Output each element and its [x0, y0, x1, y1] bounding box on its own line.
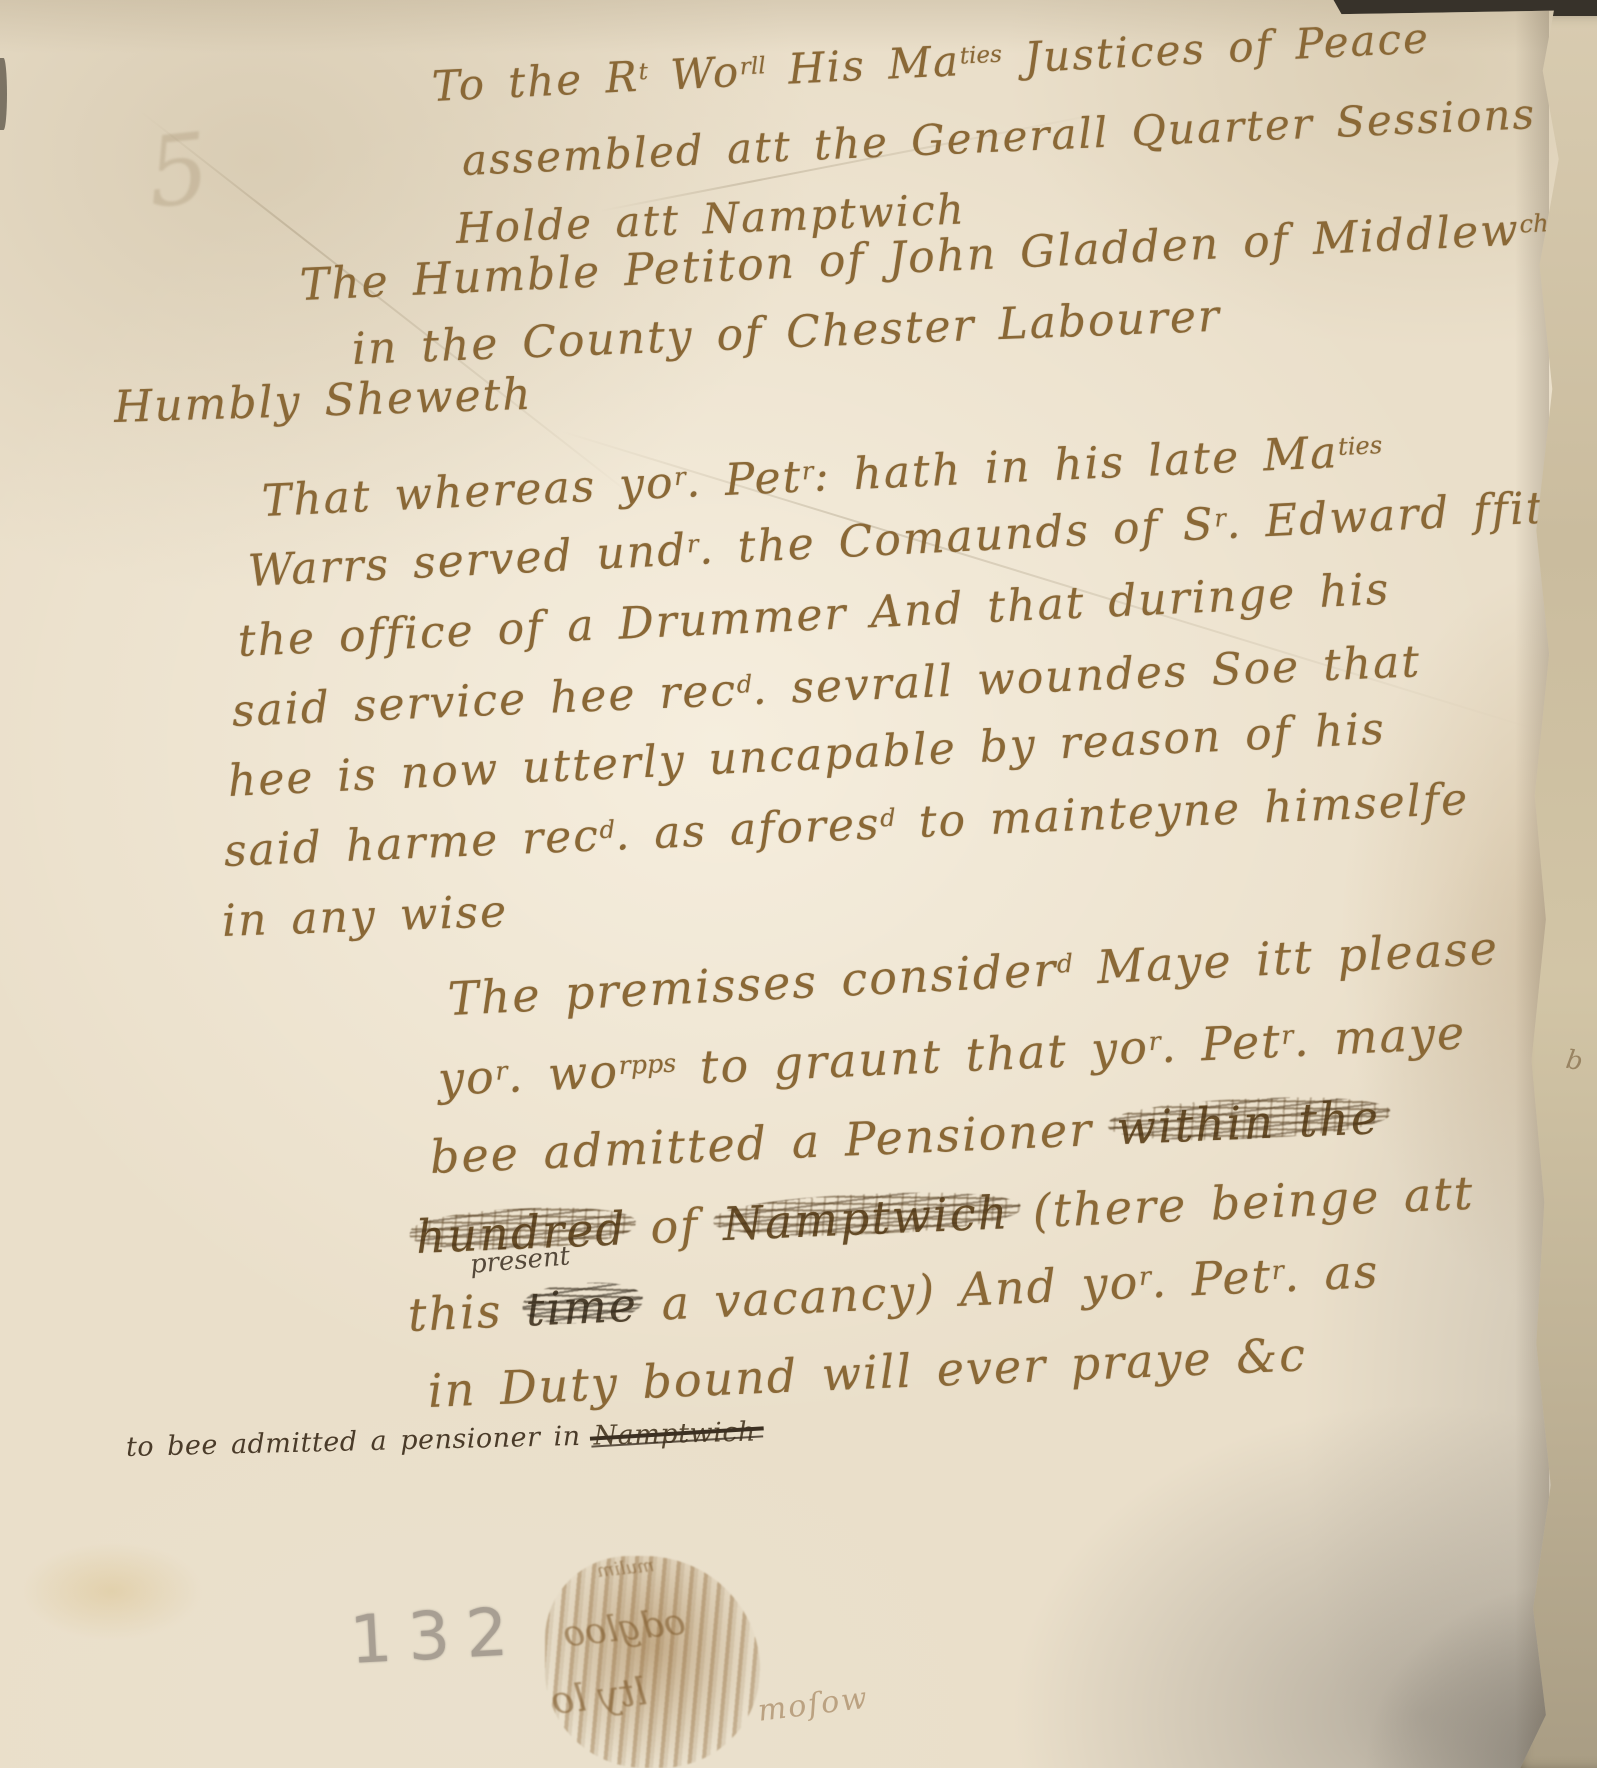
ink-offset-text: mulim: [596, 1555, 655, 1582]
text-segment: d: [880, 804, 897, 833]
petition-title-line-2: in the County of Chester Labourer: [351, 291, 1222, 375]
text-segment: said harme rec: [223, 810, 601, 877]
under-page-text-fragment: b: [1564, 1045, 1585, 1077]
text-segment: said service hee rec: [231, 665, 738, 737]
text-segment: . Pet: [685, 451, 804, 507]
text-segment: to mainteyne himselfe: [895, 774, 1470, 849]
text-segment: of: [626, 1197, 724, 1255]
text-segment: in any wise: [221, 886, 509, 947]
heading-line-1: To the Rt Worll His Maties Justices of P…: [431, 13, 1431, 111]
ink-offset-smudge: mulim odgloo lty lo: [545, 1556, 760, 1768]
heading-line-2: assembled att the Generall Quarter Sessi…: [461, 89, 1537, 185]
prayer-line-6: in Duty bound will ever praye &c: [427, 1327, 1308, 1418]
ink-offset-text: lty lo: [549, 1669, 649, 1723]
text-segment: to bee admitted a pensioner in: [126, 1421, 594, 1463]
text-segment: . wo: [506, 1044, 620, 1103]
text-segment: ties: [1337, 431, 1382, 461]
text-segment: . maye: [1292, 1005, 1467, 1067]
prayer-line-3: bee admitted a Pensioner within the: [429, 1090, 1381, 1184]
text-segment: : hath in his late Ma: [813, 427, 1340, 502]
text-segment: ch: [1519, 209, 1549, 238]
ink-show-through-text: moſow: [756, 1681, 871, 1729]
edge-nick: [0, 58, 7, 130]
text-segment: . the Comaunds of S: [698, 499, 1216, 575]
struck-through-text: Namptwich: [593, 1417, 756, 1452]
text-segment: assembled att the Generall Quarter Sessi…: [461, 89, 1537, 185]
faint-corner-mark: 5: [142, 112, 216, 230]
text-segment: d: [1056, 949, 1074, 979]
text-segment: ties: [959, 42, 1002, 70]
text-segment: rpps: [618, 1049, 677, 1081]
prayer-line-2: yor. worpps to graunt that yor. Petr. ma…: [437, 1005, 1467, 1106]
text-segment: . as afores: [614, 799, 881, 861]
text-segment: The premisses consider: [447, 942, 1059, 1026]
salutation-line: Humbly Sheweth: [113, 369, 533, 433]
scribbled-out-text: time: [525, 1278, 639, 1337]
text-segment: . as: [1283, 1244, 1381, 1302]
text-segment: To the R: [431, 52, 640, 111]
clerk-annotation-line: to bee admitted a pensioner in Namptwich: [126, 1417, 757, 1463]
text-segment: a vacancy) And yo: [637, 1255, 1141, 1332]
text-segment: bee admitted a Pensioner: [429, 1101, 1118, 1184]
text-segment: Wo: [647, 47, 741, 100]
body-line-7: in any wise: [221, 886, 509, 947]
text-segment: Justices of Peace: [1001, 13, 1431, 83]
text-segment: to graunt that yo: [675, 1020, 1150, 1095]
ink-offset-text: odgloo: [561, 1602, 687, 1656]
text-segment: Maye itt please: [1072, 921, 1500, 996]
text-segment: this: [407, 1283, 527, 1342]
text-segment: Warrs served und: [247, 525, 689, 597]
scribbled-out-text: Namptwich: [722, 1185, 1011, 1251]
archival-page-number: 132: [348, 1593, 526, 1679]
text-segment: . Pet: [1160, 1014, 1283, 1073]
text-segment: Humbly Sheweth: [113, 369, 533, 433]
text-segment: in Duty bound will ever praye &c: [427, 1327, 1308, 1418]
scribbled-out-text: within the: [1116, 1090, 1382, 1155]
text-segment: d: [599, 816, 616, 845]
text-segment: His Ma: [765, 36, 962, 94]
manuscript-page: b 5 To the Rt Worll His Maties Justices …: [0, 0, 1597, 1768]
text-segment: That whereas yo: [261, 457, 676, 527]
text-segment: . Pet: [1150, 1249, 1273, 1308]
text-segment: in the County of Chester Labourer: [351, 291, 1222, 375]
text-segment: rll: [739, 53, 766, 80]
text-segment: . sevrall woundes Soe that: [751, 636, 1422, 715]
text-segment: yo: [437, 1049, 497, 1106]
paper-sheet: 5 To the Rt Worll His Maties Justices of…: [0, 0, 1597, 1768]
text-segment: d: [736, 670, 753, 699]
text-segment: (there beinge att: [1008, 1166, 1475, 1239]
